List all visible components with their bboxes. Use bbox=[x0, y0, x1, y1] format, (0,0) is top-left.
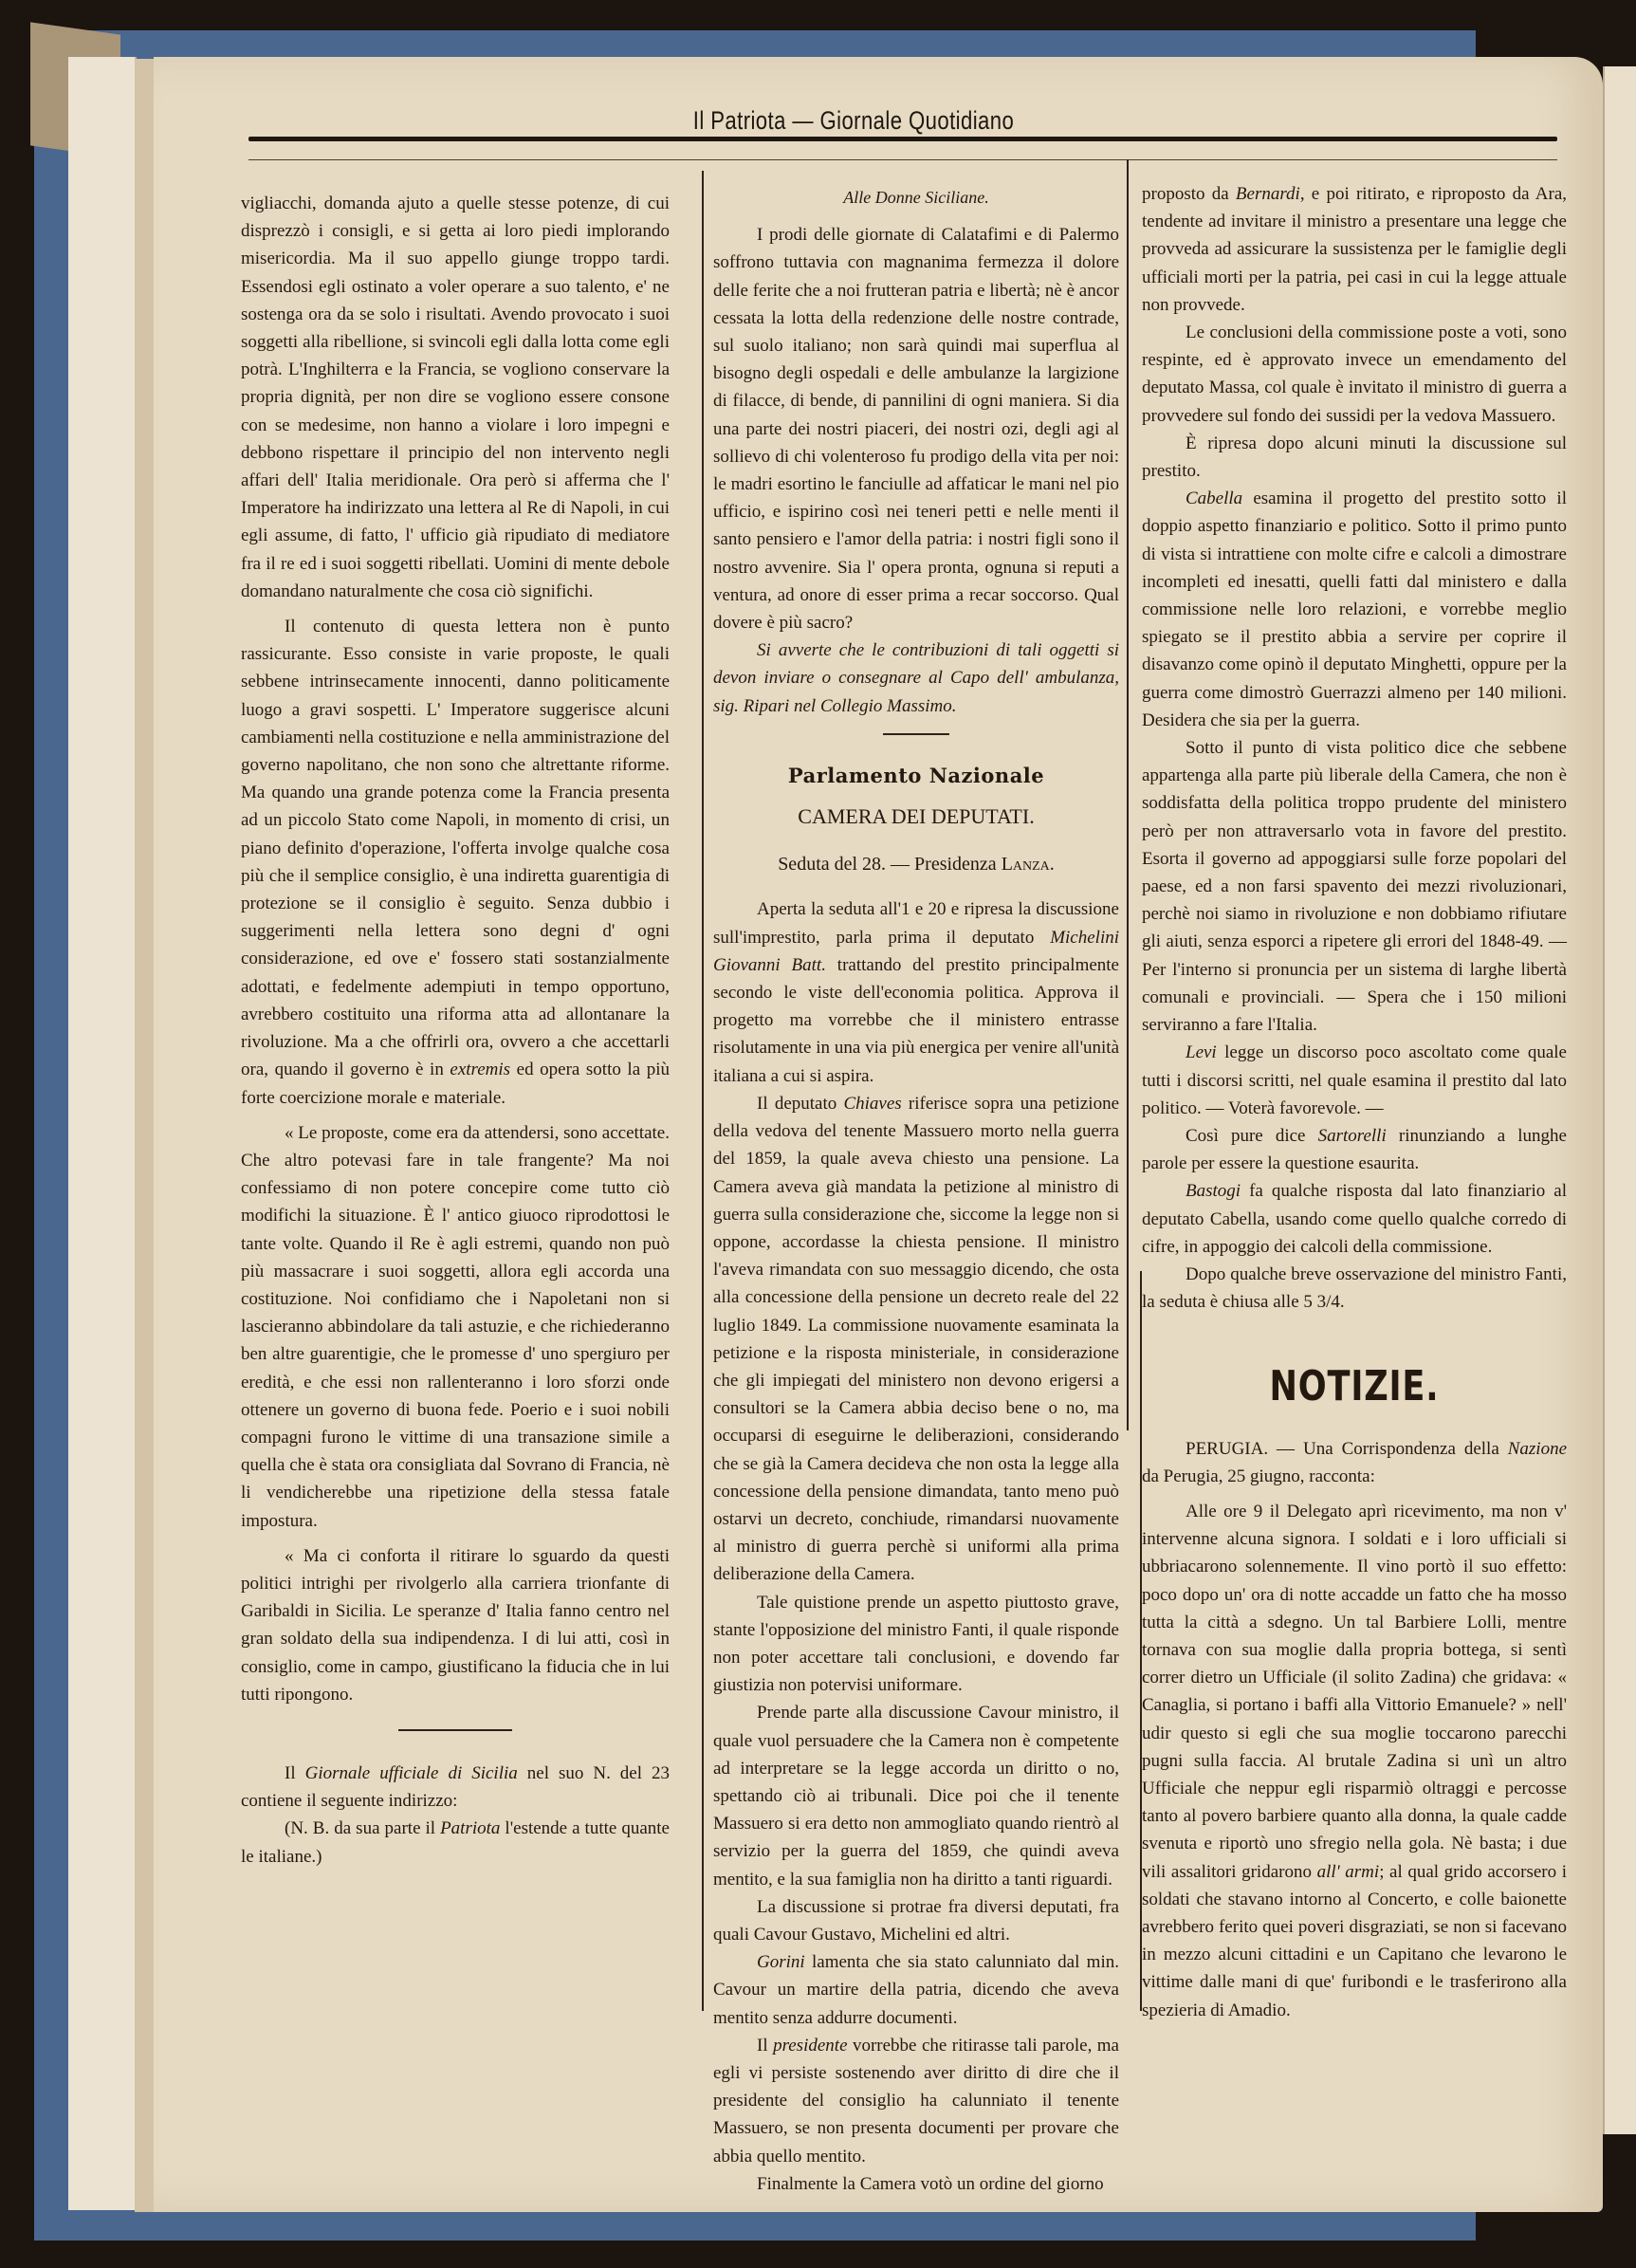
notice-paragraph: Il Giornale ufficiale di Sicilia nel suo… bbox=[241, 1760, 670, 1815]
column-3: proposto da Bernardi, e poi ritirato, e … bbox=[1142, 180, 1567, 2024]
article-quote-paragraph: « Ma ci conforta il ritirare lo sguardo … bbox=[241, 1542, 670, 1708]
appeal-heading: Alle Donne Siciliane. bbox=[713, 184, 1119, 212]
column-1: vigliacchi, domanda ajuto a quelle stess… bbox=[241, 190, 670, 1871]
separator-rule bbox=[883, 733, 949, 735]
section-subtitle: CAMERA DEI DEPUTATI. bbox=[713, 802, 1119, 830]
session-paragraph: La discussione si protrae fra diversi de… bbox=[713, 1893, 1119, 1948]
session-heading: Seduta del 28. — Presidenza Lanza. bbox=[713, 851, 1119, 878]
session-paragraph: Le conclusioni della commissione poste a… bbox=[1142, 319, 1567, 430]
session-paragraph: È ripresa dopo alcuni minuti la discussi… bbox=[1142, 430, 1567, 485]
session-paragraph: proposto da Bernardi, e poi ritirato, e … bbox=[1142, 180, 1567, 319]
masthead-rule-thin bbox=[248, 159, 1557, 160]
session-paragraph: Cabella esamina il progetto del prestito… bbox=[1142, 485, 1567, 734]
session-paragraph: Tale quistione prende un aspetto piuttos… bbox=[713, 1589, 1119, 1700]
article-paragraph: vigliacchi, domanda ajuto a quelle stess… bbox=[241, 190, 670, 605]
session-paragraph: Il deputato Chiaves riferisce sopra una … bbox=[713, 1090, 1119, 1589]
session-paragraph: Bastogi fa qualche risposta dal lato fin… bbox=[1142, 1177, 1567, 1261]
session-paragraph: Sotto il punto di vista politico dice ch… bbox=[1142, 734, 1567, 1039]
binding-stub-inner bbox=[135, 59, 156, 2212]
nb-paragraph: (N. B. da sua parte il Patriota l'estend… bbox=[241, 1815, 670, 1870]
news-paragraph: Alle ore 9 il Delegato aprì ricevimento,… bbox=[1142, 1498, 1567, 2024]
column-2: Alle Donne Siciliane. I prodi delle gior… bbox=[713, 184, 1119, 2198]
binding-stub bbox=[68, 57, 137, 2210]
section-title: Parlamento Nazionale bbox=[713, 762, 1119, 789]
appeal-paragraph: I prodi delle giornate di Calatafimi e d… bbox=[713, 221, 1119, 636]
news-section-title: NOTIZIE. bbox=[1185, 1373, 1524, 1400]
column-rule-2 bbox=[1127, 159, 1129, 1430]
session-paragraph: Il presidente vorrebbe che ritirasse tal… bbox=[713, 2032, 1119, 2170]
column-rule-1 bbox=[702, 171, 704, 2011]
news-paragraph: PERUGIA. — Una Corrispondenza della Nazi… bbox=[1142, 1435, 1567, 1490]
appeal-note: Si avverte che le contribuzioni di tali … bbox=[713, 636, 1119, 720]
session-paragraph: Aperta la seduta all'1 e 20 e ripresa la… bbox=[713, 895, 1119, 1089]
masthead-rule-thick bbox=[248, 137, 1557, 141]
session-paragraph: Dopo qualche breve osservazione del mini… bbox=[1142, 1261, 1567, 1316]
session-paragraph: Così pure dice Sartorelli rinunziando a … bbox=[1142, 1122, 1567, 1177]
masthead-title: Il Patriota — Giornale Quotidiano bbox=[620, 106, 1087, 136]
article-paragraph: Il contenuto di questa lettera non è pun… bbox=[241, 613, 670, 1112]
session-paragraph: Levi legge un discorso poco ascoltato co… bbox=[1142, 1039, 1567, 1122]
article-quote-paragraph: « Le proposte, come era da attendersi, s… bbox=[241, 1119, 670, 1535]
session-paragraph: Prende parte alla discussione Cavour min… bbox=[713, 1699, 1119, 1892]
separator-rule bbox=[398, 1729, 512, 1731]
session-paragraph: Gorini lamenta che sia stato calunniato … bbox=[713, 1948, 1119, 2032]
next-page-edge bbox=[1603, 66, 1636, 2134]
session-paragraph: Finalmente la Camera votò un ordine del … bbox=[713, 2170, 1119, 2198]
